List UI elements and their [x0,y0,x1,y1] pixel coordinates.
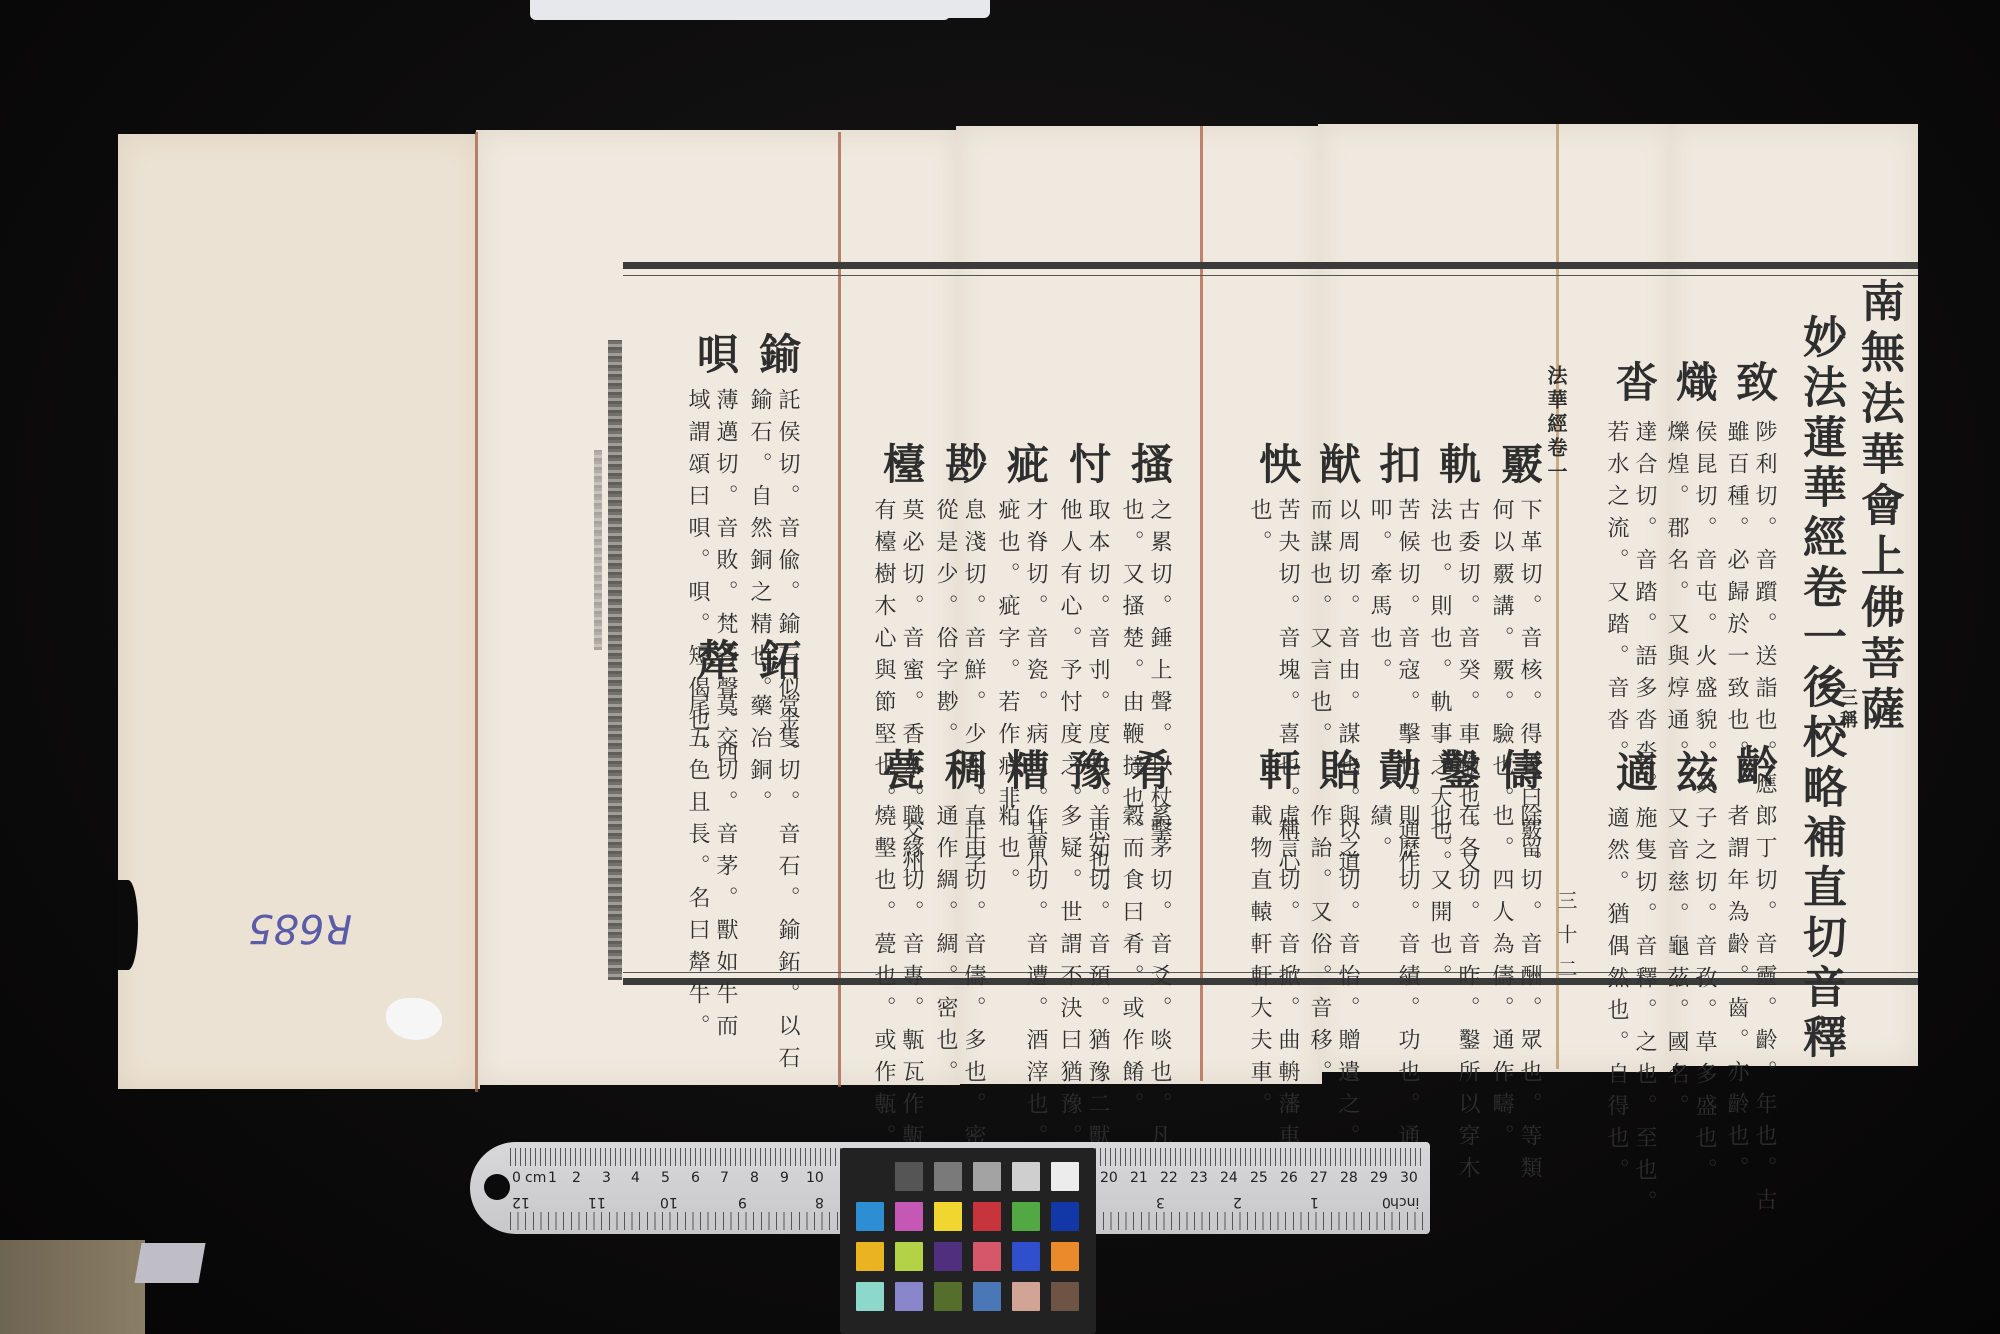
invocation-line: 南無法華會上佛菩薩 [1856,278,1900,737]
cm-label: 1 [548,1170,557,1186]
inch-label: 12 [512,1194,530,1210]
color-patch [934,1242,962,1271]
color-checker-card [840,1148,1096,1334]
cm-label: 3 [602,1170,611,1186]
color-patch [895,1162,923,1191]
stacked-pages [0,1240,145,1334]
cm-unit: cm [525,1170,546,1186]
color-patch [1051,1162,1079,1191]
cm-label: 20 [1100,1170,1118,1186]
fold-line [475,132,478,1092]
inch-label: 11 [588,1194,606,1210]
ink-smudge-border [608,340,622,980]
inch-label: 3 [1156,1194,1165,1210]
torn-paper-edge [118,880,138,970]
color-patch [1051,1242,1079,1271]
color-patch [973,1282,1001,1311]
document-sheet: 南無法華會上佛菩薩 三稱 妙法蓮華經卷一後校略補直切音釋 法華經卷一 三十二 致… [118,120,1918,1075]
cm-label: 25 [1250,1170,1268,1186]
color-patch [1012,1242,1040,1271]
ruler-hole [484,1174,510,1200]
color-patch [1051,1282,1079,1311]
cm-label: 27 [1310,1170,1328,1186]
cm-label: 28 [1340,1170,1358,1186]
ink-smudge-border [594,450,602,650]
frame-top-thin-rule [623,275,1918,276]
cm-label: 8 [750,1170,759,1186]
inch-label: 9 [738,1194,747,1210]
cm-label: 0 [512,1170,521,1186]
color-patch [1012,1202,1040,1231]
color-patch [973,1202,1001,1231]
cm-label: 5 [661,1170,670,1186]
color-patch [856,1242,884,1271]
color-patch [973,1242,1001,1271]
color-patch [1051,1202,1079,1231]
color-patch [1012,1282,1040,1311]
cm-label: 26 [1280,1170,1298,1186]
cm-label: 6 [691,1170,700,1186]
cm-label: 29 [1370,1170,1388,1186]
color-patch [856,1282,884,1311]
inch-label: 10 [660,1194,678,1210]
inch-label: 2 [1233,1194,1242,1210]
color-patch [895,1202,923,1231]
shelfmark-annotation: R685 [248,905,352,951]
cm-label: 9 [780,1170,789,1186]
inch-unit: inch [1390,1194,1419,1210]
inch-label: 1 [1310,1194,1319,1210]
cm-label: 22 [1160,1170,1178,1186]
color-patch [934,1202,962,1231]
color-patch [856,1162,884,1191]
cm-label: 4 [631,1170,640,1186]
frame-top-rule [623,262,1918,269]
cm-label: 30 [1400,1170,1418,1186]
color-patch [934,1162,962,1191]
cm-label: 21 [1130,1170,1148,1186]
color-patch [934,1282,962,1311]
color-patch [973,1162,1001,1191]
tissue-paper [760,0,990,18]
cm-label: 10 [806,1170,824,1186]
document-title: 妙法蓮華經卷一後校略補直切音釋 [1798,314,1842,1064]
fold-line [1200,126,1203,1081]
inch-label: 8 [815,1194,824,1210]
color-patch [895,1282,923,1311]
color-patch [1012,1162,1040,1191]
white-card [134,1243,205,1283]
cm-label: 23 [1190,1170,1208,1186]
folio-number: 三十二 [1556,890,1576,992]
cm-label: 7 [720,1170,729,1186]
color-patch [856,1202,884,1231]
cm-label: 24 [1220,1170,1238,1186]
side-title: 法華經卷一 [1546,365,1566,485]
cm-label: 2 [572,1170,581,1186]
color-patch [895,1242,923,1271]
